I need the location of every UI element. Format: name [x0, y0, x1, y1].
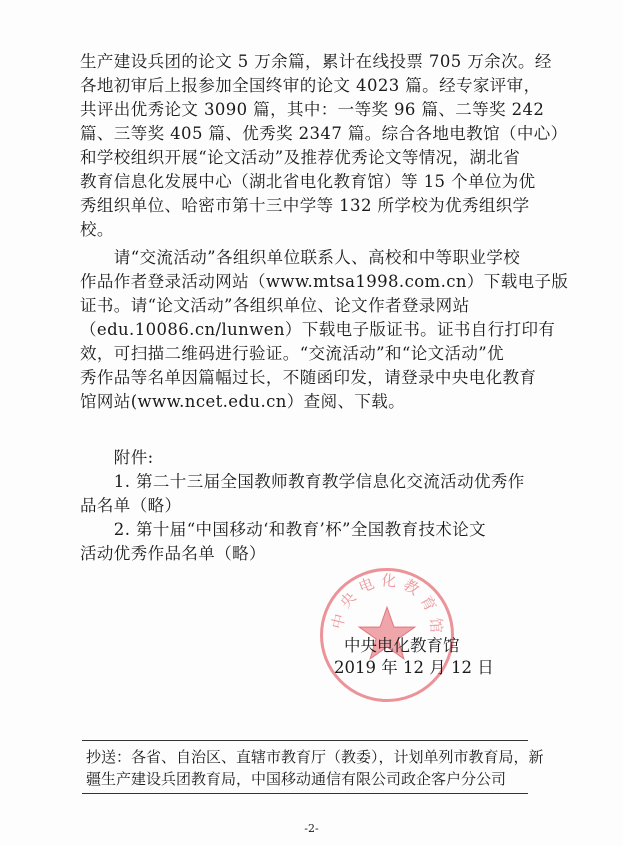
body-line: （edu.10086.cn/lunwen）下载电子版证书。证书自行打印有 [80, 320, 546, 340]
star-icon: 中央电化教育馆 [323, 571, 451, 699]
body-line: 馆网站(www.ncet.edu.cn）查阅、下载。 [80, 392, 546, 412]
body-line: 秀组织单位、哈密市第十三中学等 132 所学校为优秀组织学 [80, 196, 546, 216]
cc-line: 疆生产建设兵团教育局，中国移动通信有限公司政企客户分公司 [86, 768, 526, 790]
body-line: 校。 [80, 220, 546, 240]
official-seal: 中央电化教育馆 [320, 568, 454, 702]
cc-top-rule [82, 740, 528, 741]
body-line: 教育信息化发展中心（湖北省电化教育馆）等 15 个单位为优 [80, 172, 546, 192]
body-line: 生产建设兵团的论文 5 万余篇，累计在线投票 705 万余次。经 [80, 52, 546, 72]
body-line: 秀作品等名单因篇幅过长，不随函印发，请登录中央电化教育 [80, 368, 546, 388]
signature-organization: 中央电化教育馆 [344, 636, 460, 656]
attachments-heading: 附件: [80, 448, 546, 468]
body-line: 效，可扫描二维码进行验证。“交流活动”和“论文活动”优 [80, 344, 546, 364]
body-line: 和学校组织开展“论文活动”及推荐优秀论文等情况，湖北省 [80, 148, 546, 168]
cc-line: 抄送：各省、自治区、直辖市教育厅（教委），计划单列市教育局，新 [86, 746, 526, 768]
attachment-line: 品名单（略） [80, 496, 546, 516]
body-line: 共评出优秀论文 3090 篇，其中：一等奖 96 篇、二等奖 242 [80, 100, 546, 120]
attachment-line: 2. 第十届“中国移动‘和教育’杯”全国教育技术论文 [80, 520, 546, 540]
body-line: 篇、三等奖 405 篇、优秀奖 2347 篇。综合各地电教馆（中心） [80, 124, 546, 144]
cc-bottom-rule [82, 793, 528, 794]
body-line: 证书。请“论文活动”各组织单位、论文作者登录网站 [80, 296, 546, 316]
page-number: -2- [0, 822, 623, 835]
attachment-line: 活动优秀作品名单（略） [80, 544, 546, 564]
document-page: 生产建设兵团的论文 5 万余篇，累计在线投票 705 万余次。经 各地初审后上报… [0, 0, 623, 845]
body-line: 各地初审后上报参加全国终审的论文 4023 篇。经专家评审， [80, 76, 546, 96]
body-line: 作品作者登录活动网站（www.mtsa1998.com.cn）下载电子版 [80, 272, 546, 292]
attachment-line: 1. 第二十三届全国教师教育教学信息化交流活动优秀作 [80, 472, 546, 492]
signature-date: 2019 年 12 月 12 日 [334, 658, 494, 678]
body-line: 请“交流活动”各组织单位联系人、高校和中等职业学校 [80, 248, 546, 268]
